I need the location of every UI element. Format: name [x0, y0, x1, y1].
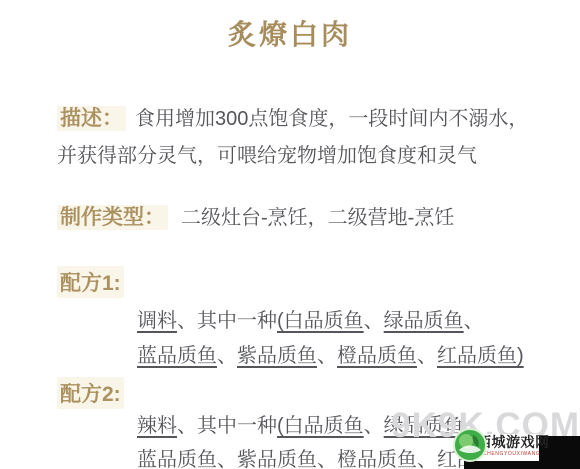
description-line1: 食用增加300点饱食度，一段时间内不溺水，	[135, 108, 528, 130]
ingredient-purple-fish: 紫品质鱼	[237, 449, 317, 469]
recipe2-label: 配方2:	[57, 377, 124, 409]
separator: 、	[417, 345, 437, 367]
recipe-article-page: 炙燎白肉 描述：食用增加300点饱食度，一段时间内不溺水， 并获得部分灵气，可喂…	[0, 0, 580, 469]
recipe1-label: 配方1:	[57, 266, 124, 298]
separator: 、	[364, 310, 384, 332]
ingredient-blue-fish: 蓝品质鱼	[137, 449, 217, 469]
ingredient-orange-fish: 橙品质鱼	[337, 449, 417, 469]
ingredient-orange-fish: 橙品质鱼	[337, 345, 417, 367]
ingredient-blue-fish: 蓝品质鱼	[137, 345, 217, 367]
recipe2-connector: 、其中一种	[177, 415, 277, 437]
separator: 、	[217, 449, 237, 469]
separator: 、	[317, 345, 337, 367]
site-logo-icon	[453, 428, 487, 462]
separator: 、	[317, 449, 337, 469]
description-paragraph: 描述：食用增加300点饱食度，一段时间内不溺水， 并获得部分灵气，可喂给宠物增加…	[57, 100, 552, 175]
ingredient-white-fish: (白品质鱼	[277, 310, 364, 332]
ingredient-white-fish: (白品质鱼	[277, 415, 364, 437]
separator: 、	[364, 415, 384, 437]
watermark-black-strip	[464, 461, 580, 469]
ingredient-green-fish: 绿品质鱼	[384, 310, 464, 332]
recipe1-ingredients: 调料、其中一种(白品质鱼、绿品质鱼、 蓝品质鱼、紫品质鱼、橙品质鱼、红品质鱼)	[137, 304, 557, 374]
ingredient-purple-fish: 紫品质鱼	[237, 345, 317, 367]
description-line2: 并获得部分灵气，可喂给宠物增加饱食度和灵气	[57, 145, 477, 167]
recipe1-connector: 、其中一种	[177, 310, 277, 332]
ingredient-red-fish: 红品质鱼)	[437, 345, 524, 367]
separator: 、	[417, 449, 437, 469]
separator: 、	[464, 310, 484, 332]
craft-type-value: 二级灶台-烹饪，二级营地-烹饪	[181, 207, 454, 229]
craft-type-label: 制作类型：	[57, 205, 168, 230]
page-title: 炙燎白肉	[0, 13, 580, 53]
description-label: 描述：	[57, 106, 126, 131]
ingredient-spicy: 辣料	[137, 415, 177, 437]
separator: 、	[217, 345, 237, 367]
craft-type-row: 制作类型：二级灶台-烹饪，二级营地-烹饪	[57, 203, 454, 233]
ingredient-seasoning: 调料	[137, 310, 177, 332]
